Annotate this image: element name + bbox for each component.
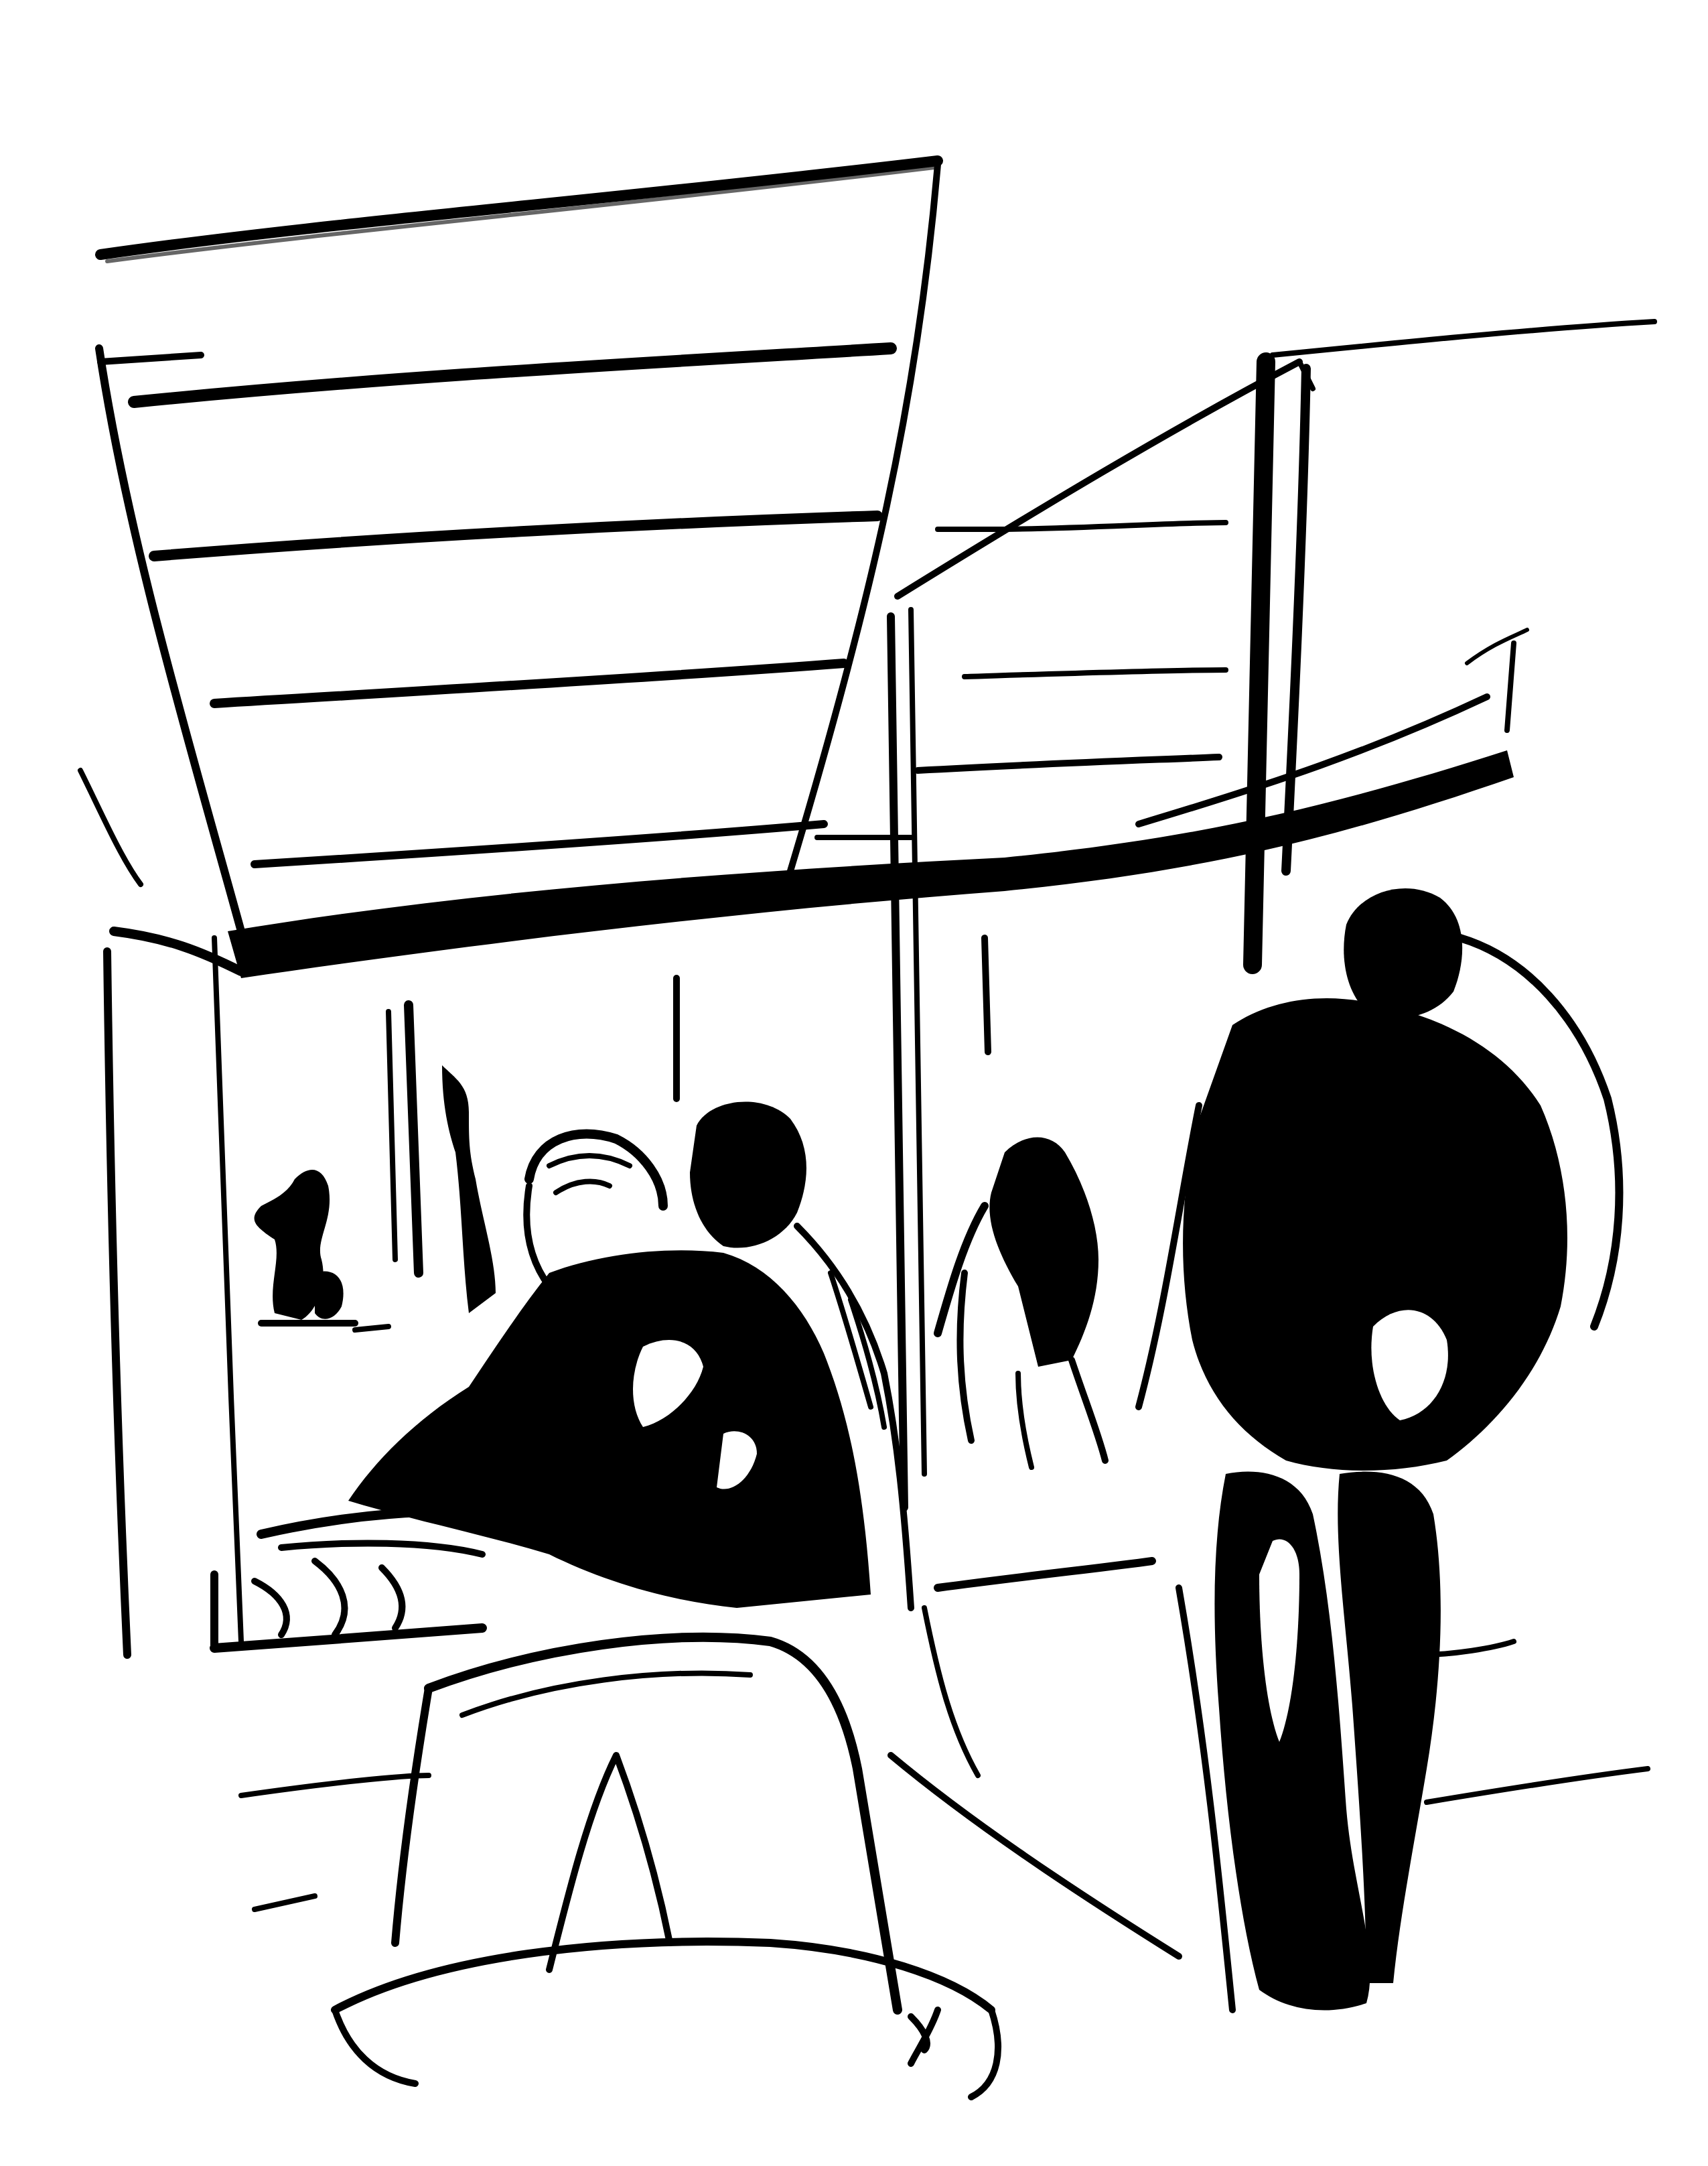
ink-sketch bbox=[0, 0, 1708, 2166]
